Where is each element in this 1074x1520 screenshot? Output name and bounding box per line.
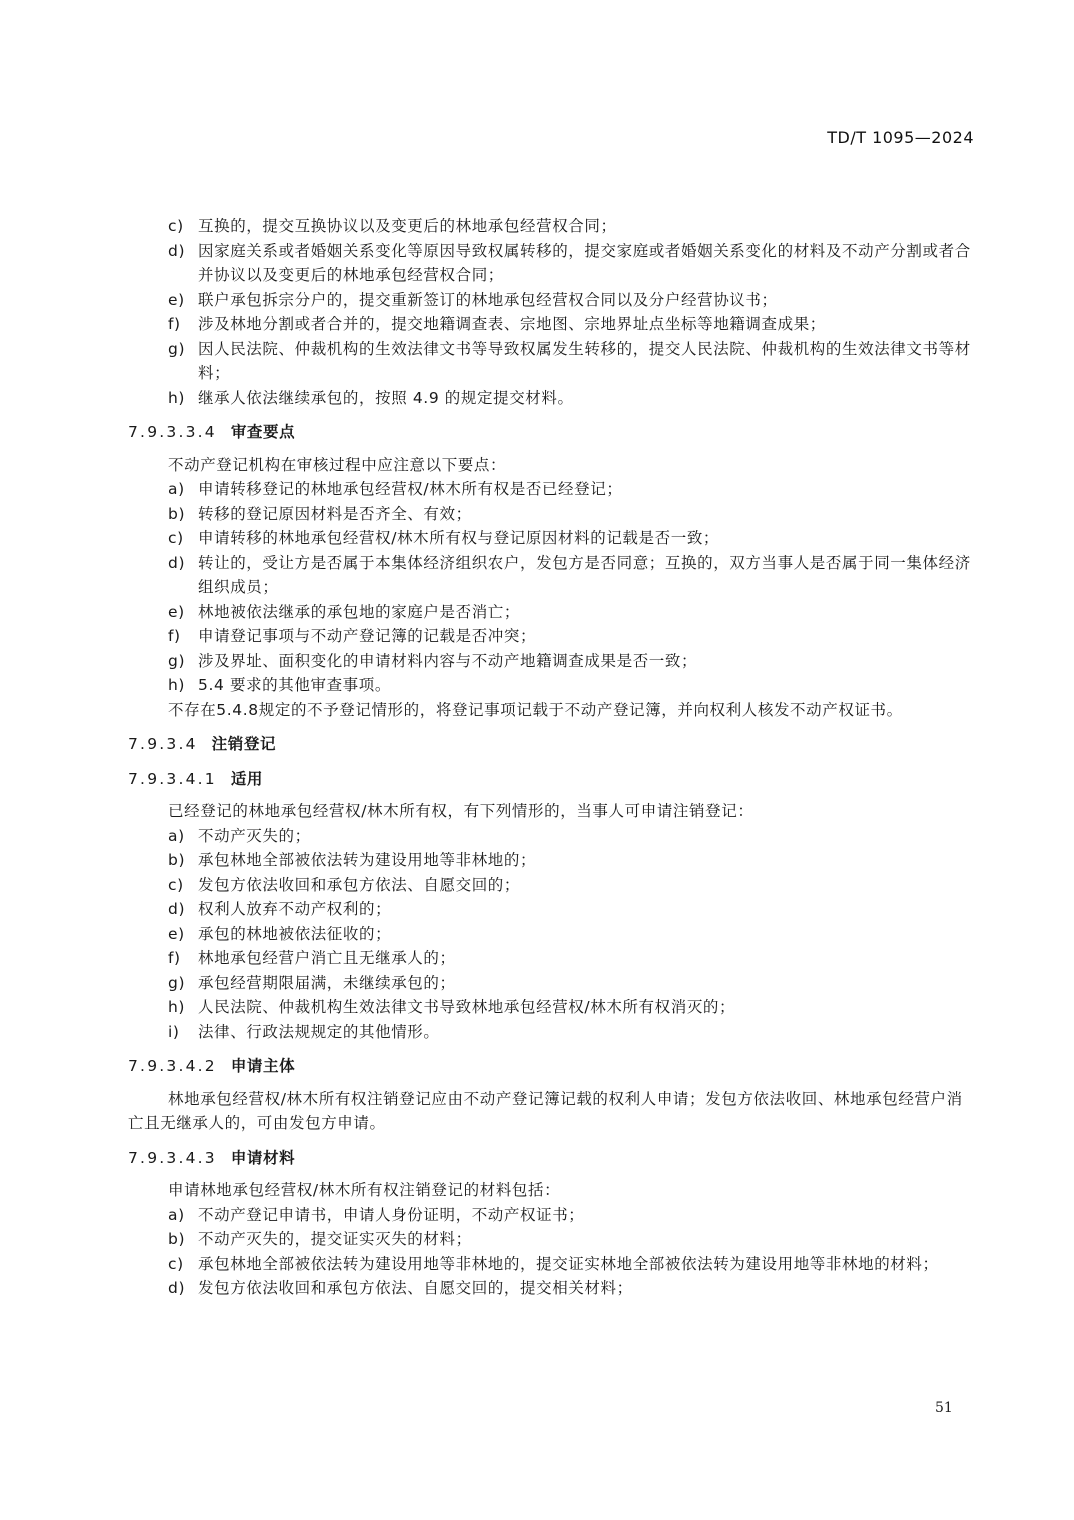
list-item-text: 不动产登记申请书，申请人身份证明，不动产权证书； [198,1206,584,1224]
list-item-text: 因人民法院、仲裁机构的生效法律文书等导致权属发生转移的，提交人民法院、仲裁机构的… [198,340,971,383]
list-marker: g) [168,649,185,674]
prev-section-list: c)互换的，提交互换协议以及变更后的林地承包经营权合同； d)因家庭关系或者婚姻… [128,214,978,410]
list-item-text: 转移的登记原因材料是否齐全、有效； [198,505,472,523]
section-heading-applicability: 7.9.3.4.1适用 [128,767,978,792]
list-item: b)转移的登记原因材料是否齐全、有效； [128,502,978,527]
list-item-text: 承包的林地被依法征收的； [198,925,391,943]
list-item: c)发包方依法收回和承包方依法、自愿交回的； [128,873,978,898]
list-item: a)不动产登记申请书，申请人身份证明，不动产权证书； [128,1203,978,1228]
list-item: a)申请转移登记的林地承包经营权/林木所有权是否已经登记； [128,477,978,502]
section-title: 注销登记 [212,735,276,753]
list-item: h)5.4 要求的其他审查事项。 [128,673,978,698]
list-item: c)互换的，提交互换协议以及变更后的林地承包经营权合同； [128,214,978,239]
section-intro: 已经登记的林地承包经营权/林木所有权，有下列情形的，当事人可申请注销登记： [128,799,978,824]
list-item-text: 林地承包经营户消亡且无继承人的； [198,949,456,967]
list-marker: c) [168,214,184,239]
list-item-text: 申请转移登记的林地承包经营权/林木所有权是否已经登记； [198,480,622,498]
list-item-text: 权利人放弃不动产权利的； [198,900,391,918]
list-item: g)因人民法院、仲裁机构的生效法律文书等导致权属发生转移的，提交人民法院、仲裁机… [128,337,978,386]
list-marker: d) [168,897,185,922]
list-item: e)林地被依法继承的承包地的家庭户是否消亡； [128,600,978,625]
list-item-text: 申请转移的林地承包经营权/林木所有权与登记原因材料的记载是否一致； [198,529,719,547]
list-item: f)涉及林地分割或者合并的，提交地籍调查表、宗地图、宗地界址点坐标等地籍调查成果… [128,312,978,337]
document-body: c)互换的，提交互换协议以及变更后的林地承包经营权合同； d)因家庭关系或者婚姻… [128,214,978,1301]
section-number: 7.9.3.4 [128,732,198,757]
list-item-text: 转让的，受让方是否属于本集体经济组织农户，发包方是否同意；互换的，双方当事人是否… [198,554,971,597]
application-materials-list: a)不动产登记申请书，申请人身份证明，不动产权证书； b)不动产灭失的，提交证实… [128,1203,978,1301]
list-item: i)法律、行政法规规定的其他情形。 [128,1020,978,1045]
section-intro: 不动产登记机构在审核过程中应注意以下要点： [128,453,978,478]
list-item: d)转让的，受让方是否属于本集体经济组织农户，发包方是否同意；互换的，双方当事人… [128,551,978,600]
section-heading-review-points: 7.9.3.3.4审查要点 [128,420,978,445]
list-item-text: 联户承包拆宗分户的，提交重新签订的林地承包经营权合同以及分户经营协议书； [198,291,778,309]
list-marker: d) [168,239,185,264]
list-item-text: 涉及界址、面积变化的申请材料内容与不动产地籍调查成果是否一致； [198,652,697,670]
list-marker: b) [168,1227,185,1252]
section-heading-applicant: 7.9.3.4.2申请主体 [128,1054,978,1079]
list-item-text: 因家庭关系或者婚姻关系变化等原因导致权属转移的，提交家庭或者婚姻关系变化的材料及… [198,242,971,285]
list-marker: g) [168,971,185,996]
list-item: b)承包林地全部被依法转为建设用地等非林地的； [128,848,978,873]
list-item: g)承包经营期限届满，未继续承包的； [128,971,978,996]
list-marker: h) [168,386,185,411]
list-item-text: 发包方依法收回和承包方依法、自愿交回的，提交相关材料； [198,1279,633,1297]
list-marker: a) [168,477,185,502]
list-item: g)涉及界址、面积变化的申请材料内容与不动产地籍调查成果是否一致； [128,649,978,674]
list-item-text: 林地被依法继承的承包地的家庭户是否消亡； [198,603,520,621]
list-item: d)因家庭关系或者婚姻关系变化等原因导致权属转移的，提交家庭或者婚姻关系变化的材… [128,239,978,288]
section-intro: 申请林地承包经营权/林木所有权注销登记的材料包括： [128,1178,978,1203]
list-marker: c) [168,526,184,551]
list-item-text: 法律、行政法规规定的其他情形。 [198,1023,440,1041]
list-marker: c) [168,873,184,898]
list-marker: b) [168,502,185,527]
list-item: d)发包方依法收回和承包方依法、自愿交回的，提交相关材料； [128,1276,978,1301]
list-item-text: 人民法院、仲裁机构生效法律文书导致林地承包经营权/林木所有权消灭的； [198,998,735,1016]
list-item: a)不动产灭失的； [128,824,978,849]
list-marker: e) [168,922,185,947]
list-marker: a) [168,1203,185,1228]
section-heading-cancellation-registration: 7.9.3.4注销登记 [128,732,978,757]
list-item: b)不动产灭失的，提交证实灭失的材料； [128,1227,978,1252]
list-item: f)林地承包经营户消亡且无继承人的； [128,946,978,971]
list-item-text: 继承人依法继续承包的，按照 4.9 的规定提交材料。 [198,389,574,407]
standard-code-header: TD/T 1095—2024 [827,128,974,147]
list-marker: b) [168,848,185,873]
list-marker: h) [168,995,185,1020]
section-body-paragraph: 林地承包经营权/林木所有权注销登记应由不动产登记簿记载的权利人申请；发包方依法收… [128,1087,978,1136]
section-title: 申请材料 [231,1149,295,1167]
list-item-text: 互换的，提交互换协议以及变更后的林地承包经营权合同； [198,217,617,235]
section-heading-application-materials: 7.9.3.4.3申请材料 [128,1146,978,1171]
list-item: c)申请转移的林地承包经营权/林木所有权与登记原因材料的记载是否一致； [128,526,978,551]
section-number: 7.9.3.3.4 [128,420,217,445]
list-item-text: 承包林地全部被依法转为建设用地等非林地的，提交证实林地全部被依法转为建设用地等非… [198,1255,939,1273]
list-marker: f) [168,946,181,971]
applicability-list: a)不动产灭失的； b)承包林地全部被依法转为建设用地等非林地的； c)发包方依… [128,824,978,1045]
list-marker: i) [168,1020,180,1045]
section-number: 7.9.3.4.1 [128,767,217,792]
section-title: 申请主体 [231,1057,295,1075]
list-marker: a) [168,824,185,849]
list-marker: g) [168,337,185,362]
list-item-text: 申请登记事项与不动产登记簿的记载是否冲突； [198,627,536,645]
list-item: e)承包的林地被依法征收的； [128,922,978,947]
page-number: 51 [935,1400,953,1416]
list-item: c)承包林地全部被依法转为建设用地等非林地的，提交证实林地全部被依法转为建设用地… [128,1252,978,1277]
list-item-text: 不动产灭失的，提交证实灭失的材料； [198,1230,472,1248]
list-item-text: 发包方依法收回和承包方依法、自愿交回的； [198,876,520,894]
list-item: d)权利人放弃不动产权利的； [128,897,978,922]
list-marker: h) [168,673,185,698]
list-item-text: 不动产灭失的； [198,827,311,845]
list-item: h)继承人依法继续承包的，按照 4.9 的规定提交材料。 [128,386,978,411]
list-marker: f) [168,624,181,649]
section-title: 审查要点 [231,423,295,441]
section-closing-paragraph: 不存在5.4.8规定的不予登记情形的，将登记事项记载于不动产登记簿，并向权利人核… [128,698,978,723]
list-marker: d) [168,1276,185,1301]
list-item-text: 承包经营期限届满，未继续承包的； [198,974,456,992]
review-points-list: a)申请转移登记的林地承包经营权/林木所有权是否已经登记； b)转移的登记原因材… [128,477,978,698]
list-marker: e) [168,288,185,313]
list-item-text: 5.4 要求的其他审查事项。 [198,676,391,694]
section-number: 7.9.3.4.2 [128,1054,217,1079]
section-number: 7.9.3.4.3 [128,1146,217,1171]
list-item: e)联户承包拆宗分户的，提交重新签订的林地承包经营权合同以及分户经营协议书； [128,288,978,313]
list-marker: d) [168,551,185,576]
list-item: h)人民法院、仲裁机构生效法律文书导致林地承包经营权/林木所有权消灭的； [128,995,978,1020]
list-marker: c) [168,1252,184,1277]
list-marker: f) [168,312,181,337]
list-item-text: 涉及林地分割或者合并的，提交地籍调查表、宗地图、宗地界址点坐标等地籍调查成果； [198,315,826,333]
list-marker: e) [168,600,185,625]
section-title: 适用 [231,770,263,788]
list-item-text: 承包林地全部被依法转为建设用地等非林地的； [198,851,536,869]
list-item: f)申请登记事项与不动产登记簿的记载是否冲突； [128,624,978,649]
